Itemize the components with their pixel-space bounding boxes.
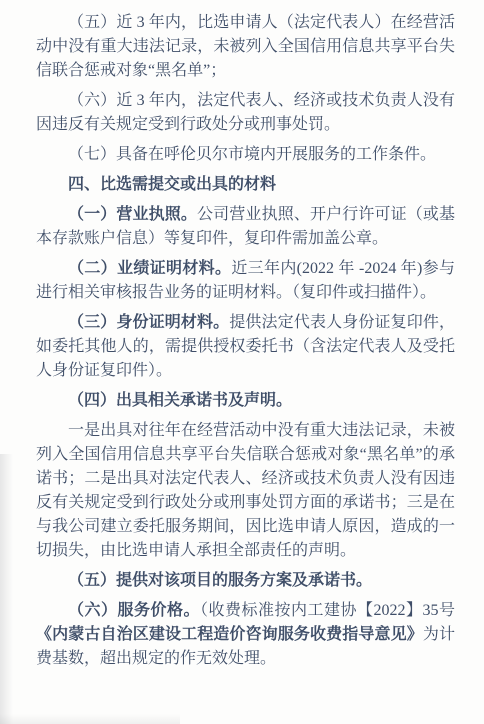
section-4-heading: 四、比选需提交或出具的材料	[36, 173, 455, 197]
material-2-label: （二）业绩证明材料。	[68, 260, 231, 277]
clause-7-paragraph: （七）具备在呼伦贝尔市境内开展服务的工作条件。	[36, 143, 455, 167]
material-1-label: （一）营业执照。	[68, 206, 197, 223]
clause-6-text: （六）近 3 年内，法定代表人、经济或技术负责人没有因违反有关规定受到行政处分或…	[36, 92, 455, 133]
material-3-paragraph: （三）身份证明材料。提供法定代表人身份证复印件，如委托其他人的，需提供授权委托书…	[36, 311, 455, 383]
material-4-body-text: 一是出具对往年在经营活动中没有重大违法记录，未被列入全国信用信息共享平台失信联合…	[36, 422, 455, 559]
material-6-paragraph: （六）服务价格。（收费标准按内工建协【2022】35号《内蒙古自治区建设工程造价…	[36, 599, 455, 671]
material-6-cited-document-title: 《内蒙古自治区建设工程造价咨询服务收费指导意见》	[36, 626, 423, 643]
section-4-heading-text: 四、比选需提交或出具的材料	[68, 176, 276, 193]
material-4-heading: （四）出具相关承诺书及声明。	[36, 389, 455, 413]
material-1-paragraph: （一）营业执照。公司营业执照、开户行许可证（或基本存款账户信息）等复印件，复印件…	[36, 203, 455, 251]
material-5-heading: （五）提供对该项目的服务方案及承诺书。	[36, 569, 455, 593]
clause-5-text: （五）近 3 年内，比选申请人（法定代表人）在经营活动中没有重大违法记录，未被列…	[36, 14, 455, 79]
material-6-label: （六）服务价格。	[68, 602, 200, 619]
scan-shadow-left-edge	[0, 454, 13, 724]
clause-7-text: （七）具备在呼伦贝尔市境内开展服务的工作条件。	[68, 146, 436, 163]
material-2-paragraph: （二）业绩证明材料。近三年内(2022 年 -2024 年)参与进行相关审核报告…	[36, 257, 455, 305]
material-4-heading-text: （四）出具相关承诺书及声明。	[68, 392, 292, 409]
scan-shadow-bottom-edge	[0, 714, 180, 724]
material-4-body-paragraph: 一是出具对往年在经营活动中没有重大违法记录，未被列入全国信用信息共享平台失信联合…	[36, 419, 455, 563]
scanned-document-page: （五）近 3 年内，比选申请人（法定代表人）在经营活动中没有重大违法记录，未被列…	[0, 0, 484, 724]
material-6-text-1: （收费标准按内工建协【2022】35号	[200, 602, 455, 619]
clause-6-paragraph: （六）近 3 年内，法定代表人、经济或技术负责人没有因违反有关规定受到行政处分或…	[36, 89, 455, 137]
material-5-heading-text: （五）提供对该项目的服务方案及承诺书。	[68, 572, 372, 589]
material-3-label: （三）身份证明材料。	[68, 314, 229, 331]
clause-5-paragraph: （五）近 3 年内，比选申请人（法定代表人）在经营活动中没有重大违法记录，未被列…	[36, 11, 455, 83]
